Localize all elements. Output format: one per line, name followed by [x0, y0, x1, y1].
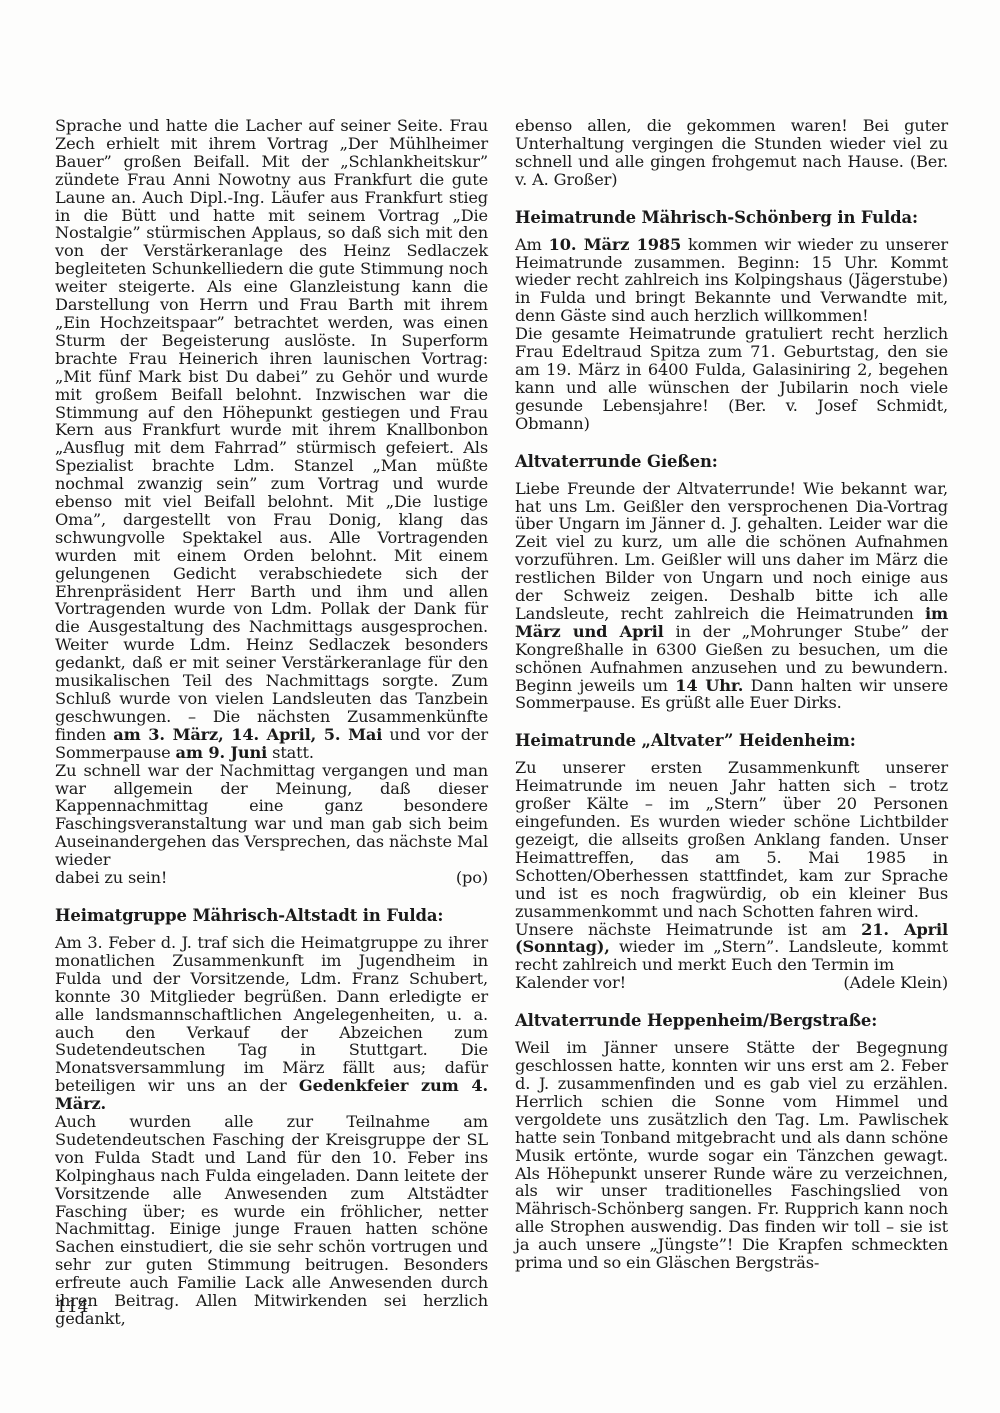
paragraph-text: Sprache und hatte die Lacher auf seiner … — [55, 116, 488, 744]
paragraph: Am 3. Feber d. J. traf sich die Heimatgr… — [55, 934, 488, 1113]
section-heading: Altvaterrunde Gießen: — [515, 453, 948, 471]
paragraph-text: Die gesamte Heimatrunde gratuliert recht… — [515, 324, 948, 433]
paragraph: Unsere nächste Heimatrunde ist am 21. Ap… — [515, 921, 948, 975]
author-signature: (Adele Klein) — [843, 974, 948, 992]
paragraph-text: Zu unserer ersten Zusammenkunft unserer … — [515, 758, 948, 920]
paragraph-text: Liebe Freunde der Altvaterrunde! Wie bek… — [515, 479, 948, 623]
author-signature: (po) — [456, 869, 488, 887]
paragraph-fasching-report: Sprache und hatte die Lacher auf seiner … — [55, 117, 488, 762]
section-heading: Heimatgruppe Mährisch-Altstadt in Fulda: — [55, 907, 488, 925]
paragraph-continuation: ebenso allen, die gekommen waren! Bei gu… — [515, 117, 948, 189]
paragraph: Die gesamte Heimatrunde gratuliert recht… — [515, 325, 948, 432]
paragraph: Am 10. März 1985 kommen wir wieder zu un… — [515, 236, 948, 326]
section-heading: Altvaterrunde Heppenheim/Bergstraße: — [515, 1012, 948, 1030]
meeting-time: 14 Uhr. — [675, 676, 743, 695]
meeting-dates: am 3. März, 14. April, 5. Mai — [113, 725, 382, 744]
section-heading: Heimatrunde „Altvater” Heidenheim: — [515, 732, 948, 750]
signature-line: Kalender vor! (Adele Klein) — [515, 974, 948, 992]
paragraph: Auch wurden alle zur Teilnahme am Sudete… — [55, 1113, 488, 1328]
meeting-date-june: am 9. Juni — [176, 743, 268, 762]
signature-line: dabei zu sein! (po) — [55, 869, 488, 887]
paragraph-text: statt. — [272, 743, 314, 762]
paragraph-text: Am 3. Feber d. J. traf sich die Heimatgr… — [55, 933, 488, 1095]
paragraph-text: dabei zu sein! — [55, 869, 167, 887]
meeting-date: 10. März 1985 — [549, 235, 681, 254]
paragraph: Zu unserer ersten Zusammenkunft unserer … — [515, 759, 948, 920]
page-number: 114 — [56, 1297, 88, 1317]
paragraph-text: Auch wurden alle zur Teilnahme am Sudete… — [55, 1112, 488, 1328]
paragraph-text: ebenso allen, die gekommen waren! Bei gu… — [515, 116, 948, 189]
paragraph: Liebe Freunde der Altvaterrunde! Wie bek… — [515, 480, 948, 713]
left-column: Sprache und hatte die Lacher auf seiner … — [55, 117, 488, 1328]
paragraph-text: Unsere nächste Heimatrunde ist am — [515, 920, 846, 939]
section-heading: Heimatrunde Mährisch-Schönberg in Fulda: — [515, 209, 948, 227]
right-column: ebenso allen, die gekommen waren! Bei gu… — [515, 117, 948, 1272]
paragraph-text: Zu schnell war der Nachmittag vergangen … — [55, 761, 488, 870]
paragraph-closing: Zu schnell war der Nachmittag vergangen … — [55, 762, 488, 869]
paragraph-text: Weil im Jänner unsere Stätte der Begegnu… — [515, 1038, 948, 1272]
paragraph: Weil im Jänner unsere Stätte der Begegnu… — [515, 1039, 948, 1272]
paragraph-text: Kalender vor! — [515, 974, 626, 992]
paragraph-text: Am — [515, 235, 542, 254]
